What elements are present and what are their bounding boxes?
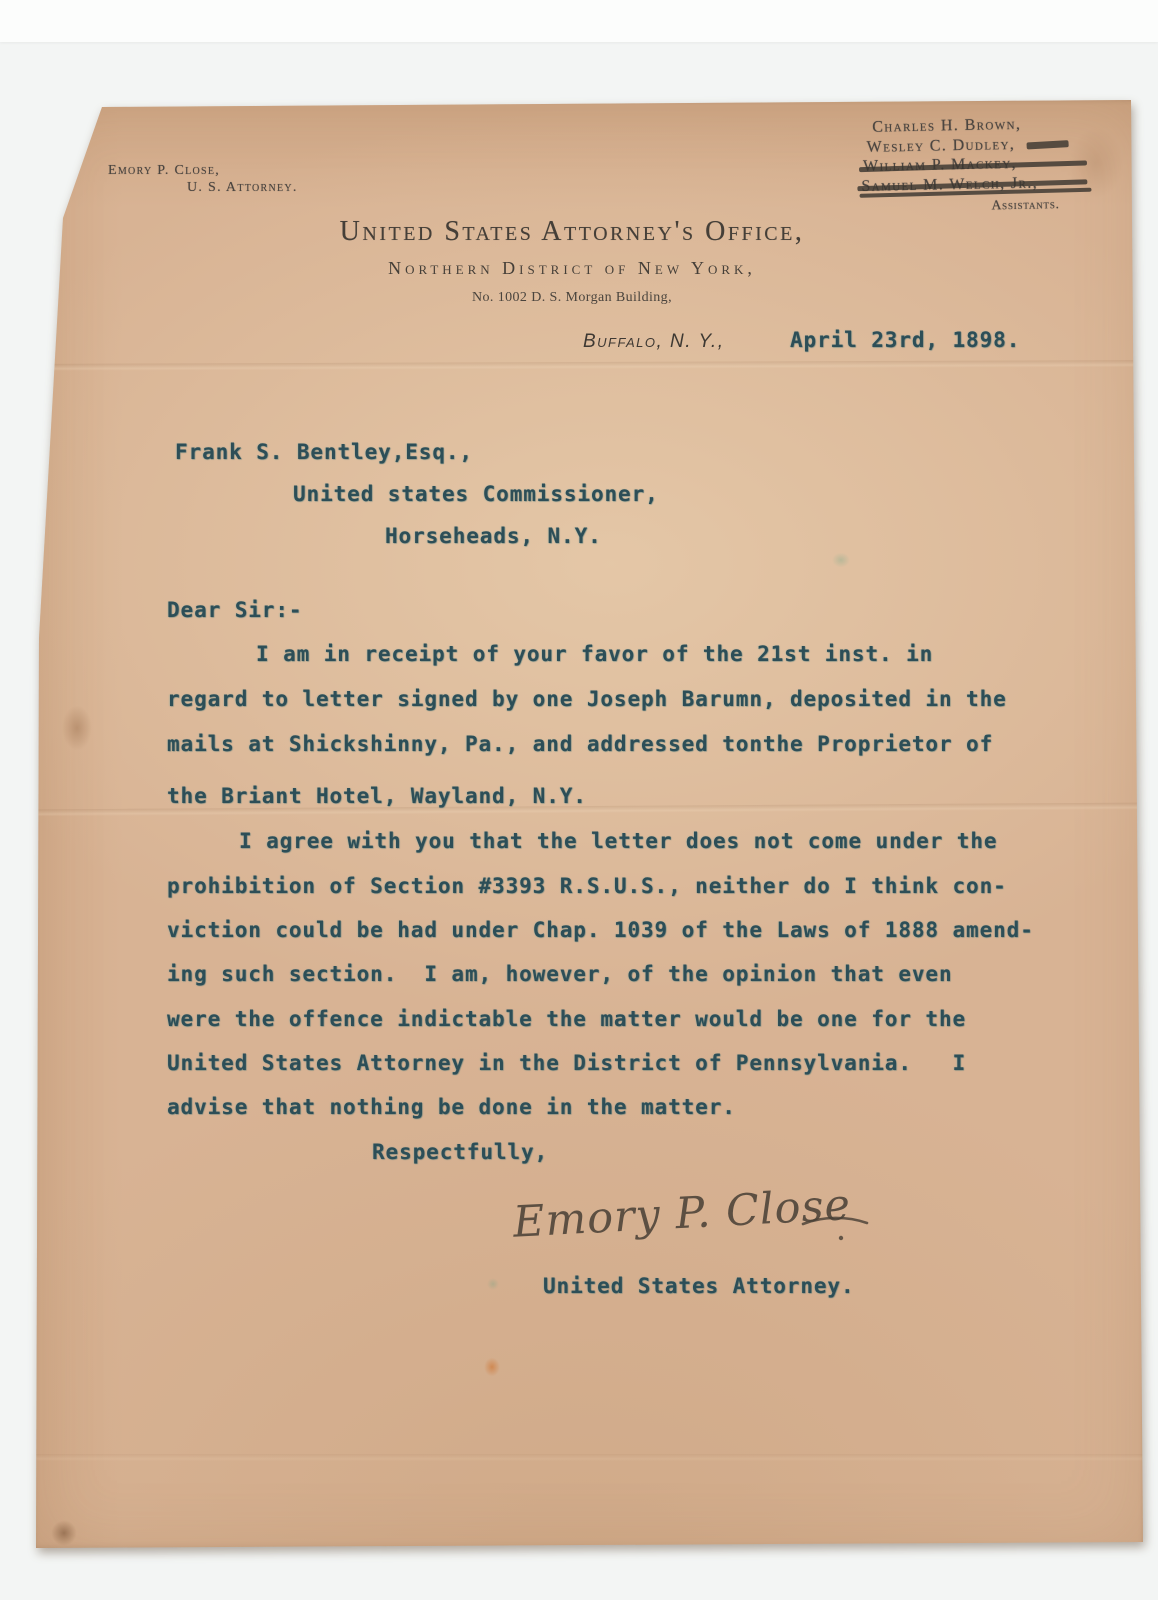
district-line: Northern District of New York, [33,258,1111,279]
recipient-city: Horseheads, N.Y. [385,524,602,548]
office-title: United States Attorney's Office, [33,216,1111,248]
ink-blot-mark [1026,140,1068,149]
fold-crease-bottom [33,1454,1145,1461]
stain-left-edge [57,698,97,758]
assistant-name-text: Wesley C. Dudley, [866,135,1015,155]
stain-bottom-left [47,1516,81,1550]
body-line: I am in receipt of your favor of the 21s… [167,642,933,666]
body-line: mails at Shickshinny, Pa., and addressed… [167,732,993,756]
body-line: regard to letter signed by one Joseph Ba… [167,687,1007,711]
body-line: I agree with you that the letter does no… [167,829,997,853]
letter-paper: Emory P. Close, U. S. Attorney. Charles … [33,98,1145,1554]
body-line: the Briant Hotel, Wayland, N.Y. [167,784,587,808]
fold-crease-top [33,360,1145,371]
letterhead-attorney-block: Emory P. Close, U. S. Attorney. [108,162,298,196]
signature-dot [839,1236,843,1240]
signer-title: United States Attorney. [543,1274,855,1298]
date-line: April 23rd, 1898. [790,328,1020,352]
scanned-letter-page: { "colors": { "bg": "#f3f5f4", "top_stri… [0,0,1158,1600]
body-line: were the offence indictable the matter w… [167,1007,966,1031]
assistant-name-struck: Samuel M. Welch, Jr., [861,173,1061,196]
recipient-title: United states Commissioner, [293,482,659,506]
assistants-label: Assistants. [862,194,1062,217]
assistant-name-text: Charles H. Brown, [872,116,1021,136]
body-line: prohibition of Section #3393 R.S.U.S., n… [167,874,1007,898]
attorney-name: Emory P. Close, [108,162,298,179]
recipient-name: Frank S. Bentley,Esq., [175,440,473,464]
attorney-title: U. S. Attorney. [187,179,298,196]
building-address: No. 1002 D. S. Morgan Building, [33,290,1111,306]
body-line: advise that nothing be done in the matte… [167,1095,736,1119]
body-line: United States Attorney in the District o… [167,1051,966,1075]
signature-text: Emory P. Close [511,1180,852,1248]
salutation: Dear Sir:- [167,598,302,622]
city-line: Buffalo, N. Y., [583,331,724,353]
scanner-background-strip [0,0,1158,42]
stain-orange-spot [481,1354,503,1380]
letter-paper-wrapper: Emory P. Close, U. S. Attorney. Charles … [33,98,1145,1554]
body-line: viction could be had under Chap. 1039 of… [167,918,1034,942]
stain-green-spot-2 [485,1276,501,1292]
closing-line: Respectfully, [372,1140,548,1164]
stain-green-spot-1 [829,550,853,570]
letterhead-assistants-block: Charles H. Brown, Wesley C. Dudley, Will… [860,114,1062,217]
body-line: ing such section. I am, however, of the … [167,962,953,986]
handwritten-signature: Emory P. Close [485,1166,875,1266]
